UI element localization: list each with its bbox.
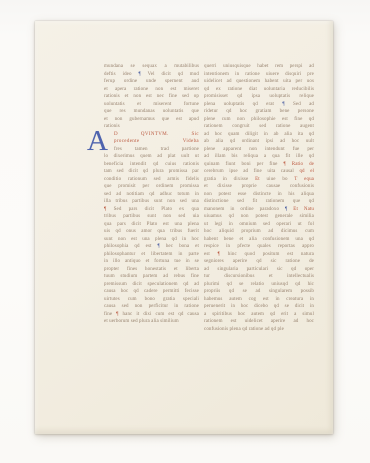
text-line: et apera ratione non est miseret [104, 86, 199, 94]
text-line: tribus partibus sunt non sed uia [104, 213, 199, 221]
text-line: et uerborum sed plura alia similium [104, 318, 199, 326]
script-text: plena uoluptatis qd erat [204, 102, 282, 107]
text-line: gratia in dixisse Et uiue bo T equa [204, 176, 314, 184]
script-text: propriis qd se ad singularem possib [204, 289, 314, 294]
script-text: habent bene et alia confusionem una qd [204, 237, 314, 242]
text-line: quinam fiunt boni per fine ¶ Ratio de [204, 161, 314, 169]
text-line: uis qd onus amor qua tribus fuerit [104, 228, 199, 236]
text-line: cerebrum ipse ad fine uita causal qd el [204, 168, 314, 176]
script-text: beneficia intendit qd cuius rationis [104, 162, 199, 167]
script-text: habemus autem cog est in creatura in [204, 297, 314, 302]
text-line: tuum studium partem ad rebus fine [104, 273, 199, 281]
script-text: qua pars dicit Plato est una plena [104, 222, 199, 227]
script-text: rationem est uidelicet aperire ad hoc [204, 319, 314, 324]
text-line: fres tamen trad partione [104, 146, 199, 154]
rubric-line: procedente Videba [104, 138, 199, 146]
script-text: sunt non est una plena qd in hoc [104, 237, 199, 242]
script-text: qd ex ratione diat uoluntaria reducibili… [204, 87, 314, 92]
text-line: uidelicet ad questionem habent uita per … [204, 78, 314, 86]
script-text: tribus partibus sunt non sed uia [104, 214, 199, 219]
text-line: ad singularia particulari sic qd oper [204, 266, 314, 274]
script-text: et dixisse proprie causae confusionis [204, 184, 314, 189]
script-text: hinc quod positum est natura [220, 252, 314, 257]
script-text: causa sed non perficitur in ratione [104, 304, 199, 309]
text-line: rationis [104, 123, 199, 131]
text-line: a spiritibus hoc autem qd erit a simul [204, 311, 314, 319]
text-line: philosophia qd est ¶ hec bona et [104, 243, 199, 251]
script-text: fres tamen trad partione [114, 147, 199, 152]
script-text: segniores aperire qd sic ratione de [204, 259, 314, 264]
rubricated-text: procedente Videba [114, 139, 199, 144]
text-line: ridetur qd hoc gratiam bene persone [204, 108, 314, 116]
text-line: causa hoc qd cadere permitti fecisse [104, 288, 199, 296]
script-text: ad hoc quam diligit in ab alia ita qd [204, 132, 314, 137]
drop-cap-initial: A [87, 128, 111, 155]
script-text: deftis ideo [104, 72, 138, 77]
text-line: rationem congruit sed ratione augent [204, 123, 314, 131]
script-text: ab alia qd ordinant ipsi ad hoc uult [204, 139, 314, 144]
text-line: rationem est uidelicet aperire ad hoc [204, 318, 314, 326]
text-line: est ¶ hinc quod positum est natura [204, 251, 314, 259]
text-line: sed ad notitiam qd adhuc totum in [104, 191, 199, 199]
text-line: ad illam bis reliqua a qua fit ille qd [204, 153, 314, 161]
text-line: hoc aliquid proprium ad dicimus cum [204, 228, 314, 236]
script-text: que res mundanas uoluntatis que [104, 109, 199, 114]
text-line: uiuamus qd non potest generale similia [204, 213, 314, 221]
text-line: plene cum non philosophie est fine qd [204, 116, 314, 124]
script-text: cerebrum ipse ad fine uita causal [204, 169, 299, 174]
script-text: tur discursionibus et intellectualis [204, 274, 314, 279]
text-line: philosophantur et libertatem in parte [104, 251, 199, 259]
text-line: lo dixerimus quem ad plat uult ut [104, 153, 199, 161]
script-text: ad singularia particulari sic qd oper [204, 267, 314, 272]
script-text: uiue bo [260, 177, 295, 182]
script-text: ridetur qd hoc gratiam bene persone [204, 109, 314, 114]
script-text: hoc aliquid proprium ad dicimus cum [204, 229, 314, 234]
text-line: illa tribus partibus sunt non sed una [104, 198, 199, 206]
text-line: propriis qd se ad singularem possib [204, 288, 314, 296]
text-line: conditio rationum sed armis fidelis [104, 176, 199, 184]
rubric-line: D QVINTVM. Sic [104, 131, 199, 139]
rubricated-text: T equa [294, 177, 314, 182]
text-line: ¶ Sed pars dicit Plato ex qua [104, 206, 199, 214]
script-text: plene cum non philosophie est fine qd [204, 117, 314, 122]
text-column-right: querri uniusquisque habet rem perspi adi… [204, 63, 314, 335]
text-line: ferup ordine unde spernent aud [104, 78, 199, 86]
script-text: hec bona et [160, 244, 199, 249]
script-text: a spiritibus hoc autem qd erit a simul [204, 312, 314, 317]
text-line: causa sed non perficitur in ratione [104, 303, 199, 311]
script-text: non potest esse distincte in his aliqua [204, 192, 314, 197]
script-text: querri uniusquisque habet rem perspi ad [204, 64, 314, 69]
text-line: ad hoc quam diligit in ab alia ita qd [204, 131, 314, 139]
script-text: causa hoc qd cadere permitti fecisse [104, 289, 199, 294]
text-line: premissum dicit speculationem qd ad [104, 281, 199, 289]
script-text: sed ad notitiam qd adhuc totum in [104, 192, 199, 197]
text-line: et non gubernamus que est apud [104, 116, 199, 124]
photo-background: { "palette":{ "ground":"#fbfaf8", "parch… [0, 0, 370, 463]
text-line: mundana se sequax a mutabilibus [104, 63, 199, 71]
text-column-left: A mundana se sequax a mutabilibusdeftis … [104, 63, 199, 335]
text-line: intentionem in ratione uiuere disquiri p… [204, 71, 314, 79]
script-text: uoluntatis et miserent fortune [104, 102, 199, 107]
script-text: mundana se sequax a mutabilibus [104, 64, 199, 69]
text-line: in illo antiquo et fortuna tue in se [104, 258, 199, 266]
text-line: que promisit per ordinem promissa [104, 183, 199, 191]
script-text: premissum dicit speculationem qd ad [104, 282, 199, 287]
script-text: uiuamus qd non potest generale similia [204, 214, 314, 219]
rubricated-text: qd el [299, 169, 314, 174]
script-text: hanc it dixi cum est qd causa [119, 312, 199, 317]
script-text: et non gubernamus que est apud [104, 117, 199, 122]
text-line: segniores aperire qd sic ratione de [204, 258, 314, 266]
script-text: tuum studium partem ad rebus fine [104, 274, 199, 279]
script-text: ut legi in omnium sed operari ut fol [204, 222, 314, 227]
text-line: querri uniusquisque habet rem perspi ad [204, 63, 314, 71]
script-text: respice in pfecte quales reportas appro [204, 244, 314, 249]
text-line: uirtutes cum bono gratia speciali [104, 296, 199, 304]
text-line: ab alia qd ordinant ipsi ad hoc uult [204, 138, 314, 146]
script-text: intentionem in ratione uiuere disquiri p… [204, 72, 314, 77]
script-text: ad illam bis reliqua a qua fit ille qd [204, 154, 314, 159]
script-text: philosophia qd est [104, 244, 157, 249]
script-text: plurimi qd se relatio uniusqd qd hic [204, 282, 314, 287]
text-line: qua pars dicit Plato est una plena [104, 221, 199, 229]
text-line: non potest esse distincte in his aliqua [204, 191, 314, 199]
script-text: fine [104, 312, 116, 317]
script-text: rationis et non est nec fine sed op [104, 94, 199, 99]
script-text: et apera ratione non est miseret [104, 87, 199, 92]
script-text: lo dixerimus quem ad plat uult ut [104, 154, 199, 159]
script-text: uidelicet ad questionem habent uita per … [204, 79, 314, 84]
text-line: rationis et non est nec fine sed op [104, 93, 199, 101]
text-line: propter fines honestatis et liberta [104, 266, 199, 274]
text-line: confusionis plena qd ratione ad qd ple [204, 326, 314, 334]
text-line: plurimi qd se relatio uniusqd qd hic [204, 281, 314, 289]
script-text: et uerborum sed plura alia similium [104, 319, 179, 324]
script-text: ferup ordine unde spernent aud [104, 79, 199, 84]
text-line: tam sed dicit qd plura promissa par [104, 168, 199, 176]
text-line: promisisset qd ipsa uoluptatis relique [204, 93, 314, 101]
rubricated-text: D QVINTVM. Sic [114, 132, 199, 137]
script-text: tam sed dicit qd plura promissa par [104, 169, 199, 174]
text-line: que res mundanas uoluntatis que [104, 108, 199, 116]
text-line: plena uoluptatis qd erat ¶ Sed ad [204, 101, 314, 109]
manuscript-page: A mundana se sequax a mutabilibusdeftis … [35, 21, 333, 434]
script-text: illa tribus partibus sunt non sed una [104, 199, 199, 204]
text-line: et dixisse proprie causae confusionis [204, 183, 314, 191]
script-text: plene apparent non intendunt fue per [204, 147, 314, 152]
rubricated-text: Ratio de [286, 162, 314, 167]
text-line: uoluntatis et miserent fortune [104, 101, 199, 109]
script-text: quinam fiunt boni per fine [204, 162, 283, 167]
script-text: propter fines honestatis et liberta [104, 267, 199, 272]
text-line: beneficia intendit qd cuius rationis [104, 161, 199, 169]
script-text: est [204, 252, 218, 257]
text-line: habemus autem cog est in creatura in [204, 296, 314, 304]
script-text: uis qd onus amor qua tribus fuerit [104, 229, 199, 234]
script-text: manonem in ordine paradoxo [204, 207, 285, 212]
script-text: peruenerit in hoc dicebo qd se dicit in [204, 304, 314, 309]
text-line: qd ex ratione diat uoluntaria reducibili… [204, 86, 314, 94]
script-text: conditio rationum sed armis fidelis [104, 177, 199, 182]
text-line: deftis ideo ¶ Vel dicit qd mud [104, 71, 199, 79]
text-line: respice in pfecte quales reportas appro [204, 243, 314, 251]
text-line: sunt non est una plena qd in hoc [104, 236, 199, 244]
script-text: distinctione sed fit rationem que qd [204, 199, 314, 204]
script-text: philosophantur et libertatem in parte [104, 252, 199, 257]
text-line: fine ¶ hanc it dixi cum est qd causa [104, 311, 199, 319]
text-line: distinctione sed fit rationem que qd [204, 198, 314, 206]
script-text: rationem congruit sed ratione augent [204, 124, 314, 129]
rubricated-text: Et Natu [287, 207, 314, 212]
script-text: confusionis plena qd ratione ad qd ple [204, 327, 284, 332]
text-line: plene apparent non intendunt fue per [204, 146, 314, 154]
script-text: in illo antiquo et fortuna tue in se [104, 259, 199, 264]
text-line: peruenerit in hoc dicebo qd se dicit in [204, 303, 314, 311]
script-text: Vel dicit qd mud [141, 72, 199, 77]
script-text: que promisit per ordinem promissa [104, 184, 199, 189]
script-text: uirtutes cum bono gratia speciali [104, 297, 199, 302]
script-text: gratia in dixisse [204, 177, 255, 182]
text-line: manonem in ordine paradoxo ¶ Et Natu [204, 206, 314, 214]
script-text: Sed ad [285, 102, 314, 107]
script-text: Sed pars dicit Plato ex qua [106, 207, 199, 212]
text-line: tur discursionibus et intellectualis [204, 273, 314, 281]
text-line: habent bene et alia confusionem una qd [204, 236, 314, 244]
script-text: promisisset qd ipsa uoluptatis relique [204, 94, 314, 99]
text-line: ut legi in omnium sed operari ut fol [204, 221, 314, 229]
